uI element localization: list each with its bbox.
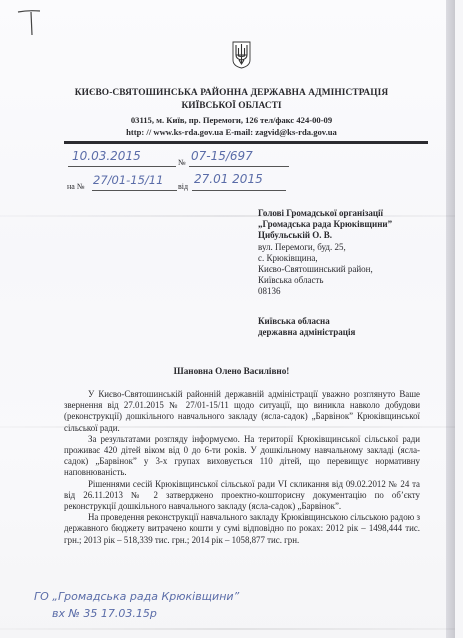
addressee-postcode: 08136 [258,286,392,297]
cc-line1: Київська обласна [258,316,330,326]
outgoing-number-field: 07-15/697 [189,152,289,167]
letter-body: У Києво-Святошинській районній державній… [64,389,420,546]
reply-date: 27.01 2015 [194,172,263,186]
letter-page: КИЄВО-СВЯТОШИНСЬКА РАЙОННА ДЕРЖАВНА АДМІ… [0,0,455,638]
addressee-block: Голові Громадської організації „Громадсь… [258,208,392,298]
outgoing-date: 10.03.2015 [72,149,141,163]
trident-coat-of-arms-icon [232,41,251,69]
outgoing-date-field: 10.03.2015 [68,152,176,167]
reply-date-field: 27.01 2015 [192,176,286,191]
paragraph: На проведення реконструкції навчального … [64,512,420,546]
number-label: № [178,158,186,167]
handnote-line2: вх № 35 17.03.15р [52,607,157,620]
org-name: КИЄВО-СВЯТОШИНСЬКА РАЙОННА ДЕРЖАВНА АДМІ… [0,88,463,98]
paragraph: За результатами розгляду інформуємо. На … [64,434,420,479]
org-region: КИЇВСЬКОЇ ОБЛАСТІ [0,101,463,111]
outgoing-number: 07-15/697 [191,149,253,163]
handnote-line1: ГО „Громадська рада Крюківщини” [34,590,239,603]
reply-to-number-field: 27/01-15/11 [92,176,177,191]
addressee-district: Києво-Святошинський район, [258,264,392,275]
cc-block: Київська обласна державна адміністрація [258,316,355,338]
paragraph: Рішеннями сесій Крюківщинської сільської… [64,479,420,513]
addressee-region: Київська область [258,275,392,286]
addressee-street: вул. Перемоги, буд. 25, [258,242,392,253]
salutation: Шановна Олено Василівно! [0,366,463,376]
reply-to-number: 27/01-15/11 [93,173,163,187]
org-address: 03115, м. Київ, пр. Перемоги, 126 тел/фа… [0,115,463,125]
fold-crease [0,628,455,630]
reply-date-label: від [178,182,188,191]
addressee-name: Цибульській О. В. [258,230,332,240]
addressee-title: Голові Громадської організації [258,208,383,218]
corner-pen-mark-icon [16,6,42,36]
addressee-org: „Громадська рада Крюківщини” [258,219,392,229]
header-divider [64,141,428,144]
paragraph: У Києво-Святошинській районній державній… [64,389,420,434]
cc-line2: державна адміністрація [258,327,355,337]
org-web-email: http: // www.ks-rda.gov.ua E-mail: zagvi… [0,127,463,137]
addressee-village: с. Крюківщина, [258,253,392,264]
reply-to-label: на № [67,182,84,191]
